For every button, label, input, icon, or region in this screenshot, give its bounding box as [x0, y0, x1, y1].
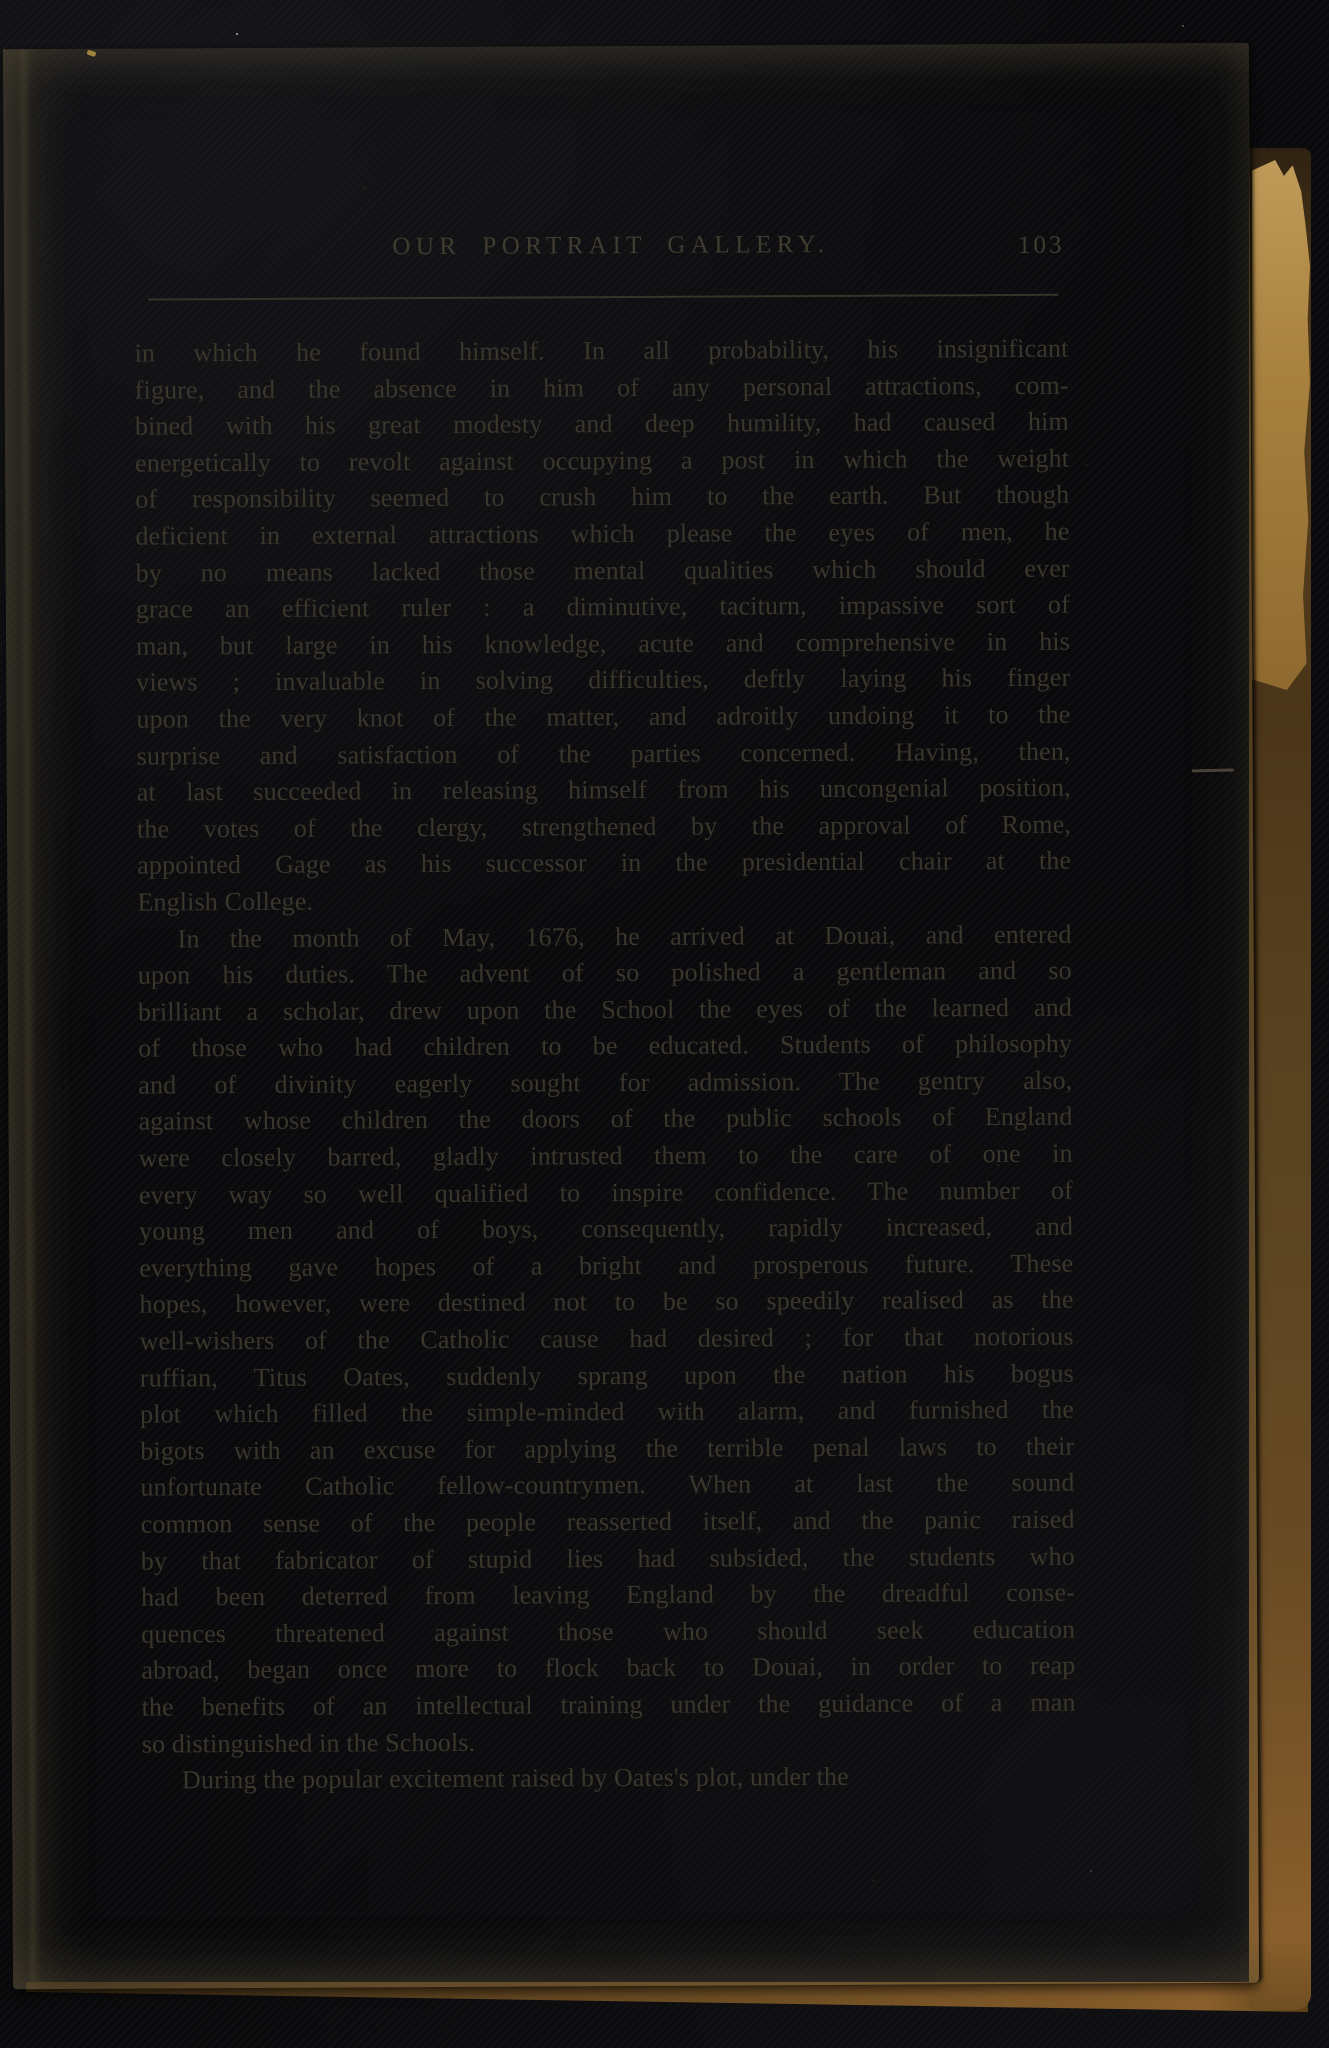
- text-line: were closely barred, gladly intrusted th…: [139, 1136, 1073, 1177]
- text-line: appointed Gage as his successor in the p…: [137, 843, 1071, 884]
- text-line: deficient in external attractions which …: [135, 514, 1069, 555]
- text-line: unfortunate Catholic fellow-countrymen. …: [140, 1465, 1074, 1506]
- text-line: English College.: [137, 880, 1071, 921]
- text-line: hopes, however, were destined not to be …: [139, 1282, 1073, 1323]
- text-line: at last succeeded in releasing himself f…: [137, 770, 1071, 811]
- gutter-crease: [17, 49, 41, 1989]
- book-photo: OUR PORTRAIT GALLERY. 103 in which he fo…: [0, 0, 1329, 2048]
- text-line: During the popular excitement raised by …: [142, 1758, 1076, 1799]
- text-line: young men and of boys, consequently, rap…: [139, 1209, 1073, 1250]
- stray-mark: [1192, 768, 1234, 772]
- text-line: upon his duties. The advent of so polish…: [138, 953, 1072, 994]
- text-line: In the month of May, 1676, he arrived at…: [137, 916, 1071, 957]
- body-text: in which he found himself. In all probab…: [134, 331, 1076, 1800]
- text-line: grace an efficient ruler : a diminutive,…: [136, 587, 1070, 628]
- text-line: every way so well qualified to inspire c…: [139, 1172, 1073, 1213]
- text-line: ruffian, Titus Oates, suddenly sprang up…: [140, 1355, 1074, 1396]
- text-line: figure, and the absence in him of any pe…: [135, 367, 1069, 408]
- text-line: quences threatened against those who sho…: [141, 1611, 1075, 1652]
- text-line: common sense of the people reasserted it…: [141, 1502, 1075, 1543]
- text-line: by that fabricator of stupid lies had su…: [141, 1538, 1075, 1579]
- text-line: so distinguished in the Schools.: [142, 1721, 1076, 1762]
- text-line: against whose children the doors of the …: [138, 1099, 1072, 1140]
- text-line: in which he found himself. In all probab…: [134, 331, 1068, 372]
- text-line: surprise and satisfaction of the parties…: [137, 733, 1071, 774]
- text-line: of responsibility seemed to crush him to…: [135, 477, 1069, 518]
- text-line: bigots with an excuse for applying the t…: [140, 1428, 1074, 1469]
- text-line: brilliant a scholar, drew upon the Schoo…: [138, 989, 1072, 1030]
- page: OUR PORTRAIT GALLERY. 103 in which he fo…: [3, 43, 1259, 1989]
- text-line: everything gave hopes of a bright and pr…: [139, 1246, 1073, 1287]
- paragraph: In the month of May, 1676, he arrived at…: [137, 916, 1075, 1763]
- paragraph: During the popular excitement raised by …: [142, 1758, 1076, 1799]
- text-line: the benefits of an intellectual training…: [142, 1685, 1076, 1726]
- text-line: bined with his great modesty and deep hu…: [135, 404, 1069, 445]
- text-line: abroad, began once more to flock back to…: [141, 1648, 1075, 1689]
- text-line: plot which filled the simple-minded with…: [140, 1392, 1074, 1433]
- text-line: man, but large in his knowledge, acute a…: [136, 623, 1070, 664]
- text-line: views ; invaluable in solving difficulti…: [136, 660, 1070, 701]
- text-line: upon the very knot of the matter, and ad…: [136, 697, 1070, 738]
- text-line: well-wishers of the Catholic cause had d…: [140, 1319, 1074, 1360]
- text-line: energetically to revolt against occupyin…: [135, 440, 1069, 481]
- running-header: OUR PORTRAIT GALLERY.: [144, 230, 1078, 263]
- dust-speck: [236, 33, 238, 35]
- dust-speck: [1182, 25, 1184, 27]
- text-line: and of divinity eagerly sought for admis…: [138, 1063, 1072, 1104]
- header-rule: [148, 294, 1058, 301]
- foxing-specks: [3, 49, 5, 51]
- cover-tear-patch: [1252, 160, 1310, 690]
- text-line: of those who had children to be educated…: [138, 1026, 1072, 1067]
- text-line: the votes of the clergy, strengthened by…: [137, 806, 1071, 847]
- gold-speck: [86, 50, 96, 57]
- paragraph: in which he found himself. In all probab…: [134, 331, 1071, 921]
- page-number: 103: [1018, 232, 1065, 260]
- text-line: by no means lacked those mental qualitie…: [136, 550, 1070, 591]
- text-line: had been deterred from leaving England b…: [141, 1575, 1075, 1616]
